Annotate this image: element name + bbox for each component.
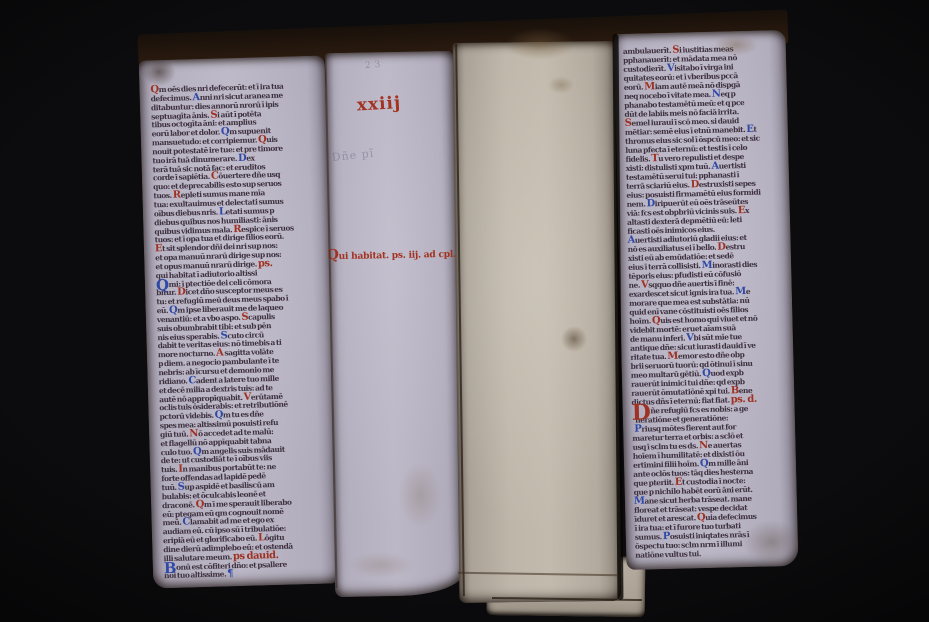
left-text-column: Qm oēs dies nri defecerūt: et ī ira tuad… — [139, 56, 340, 589]
corner-shadow — [142, 58, 176, 86]
line-text: x — [745, 206, 749, 215]
rubric-text: ui habitat. ps. iij. ad cpl. — [338, 249, 456, 262]
right-text-column: ambulauerīt. Si iustitias measpphanauerī… — [613, 30, 798, 570]
compline-rubric: Qui habitat. ps. iij. ad cpl. — [327, 245, 457, 263]
line-text: uertisti — [719, 161, 746, 171]
line-text: estru — [725, 242, 745, 251]
corner-curl-shading — [742, 520, 802, 564]
photograph-stage: Qm oēs dies nri defecerūt: et ī ira tuad… — [0, 0, 929, 622]
spine-panel — [453, 41, 622, 603]
drop-cap-initial: B — [164, 558, 177, 576]
stain — [398, 462, 442, 528]
pencil-folio-number: 23 — [365, 59, 385, 71]
line-text: t — [753, 125, 756, 134]
colored-initial: ¶ — [227, 569, 233, 580]
stain — [505, 28, 575, 60]
left-column-text-block: Qm oēs dies nri defecerūt: et ī ira tuad… — [150, 82, 336, 582]
round-blot-stain — [561, 326, 587, 352]
stain — [548, 76, 574, 94]
line-text: e — [746, 287, 750, 296]
line-text: natiōne vultus tui. — [635, 549, 701, 560]
right-column-text-block: ambulauerīt. Si iustitias measpphanauerī… — [623, 43, 795, 560]
stain — [348, 552, 414, 578]
drop-cap-initial: Q — [156, 276, 169, 294]
stain — [714, 34, 758, 56]
line-text: ex — [246, 153, 254, 162]
drop-cap-initial: D — [631, 399, 650, 425]
faded-inscription: Dñe pĩ — [331, 147, 375, 164]
colored-initial: ps. — [258, 258, 273, 269]
chapter-number-heading: xxiij — [356, 93, 401, 115]
text-line: nōi tuo altissime. ¶ — [164, 568, 336, 582]
line-text: eq p — [720, 89, 735, 98]
middle-title-column: 23 xxiij Dñe pĩ Qui habitat. ps. iij. ad… — [325, 51, 463, 597]
line-text: ne. — [629, 281, 642, 290]
